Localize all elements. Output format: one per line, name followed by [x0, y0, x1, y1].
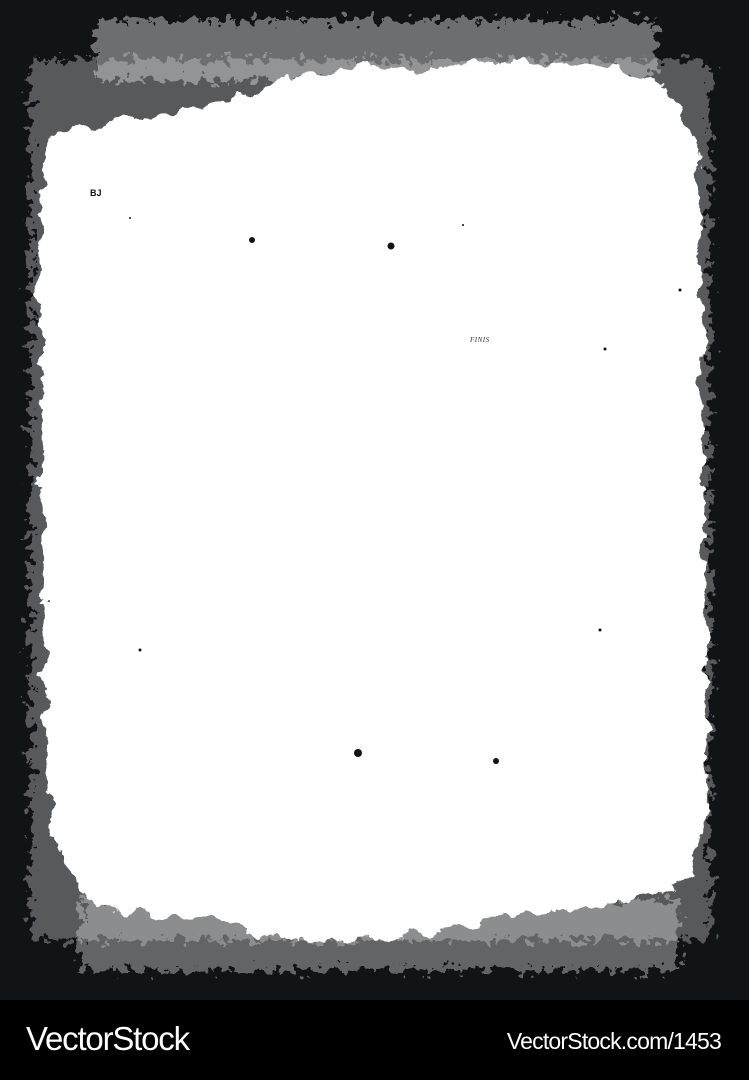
- grunge-frame-shape: [0, 0, 749, 1000]
- stock-url: VectorStock.com/1453: [507, 1028, 721, 1055]
- finis-text: FINIS: [470, 336, 490, 344]
- grunge-frame-artwork: BJ FINIS: [0, 0, 749, 1000]
- corner-mark: BJ: [90, 188, 102, 198]
- watermark-bar: VectorStock VectorStock.com/1453: [0, 1000, 749, 1080]
- brand-logo: VectorStock: [26, 1020, 189, 1058]
